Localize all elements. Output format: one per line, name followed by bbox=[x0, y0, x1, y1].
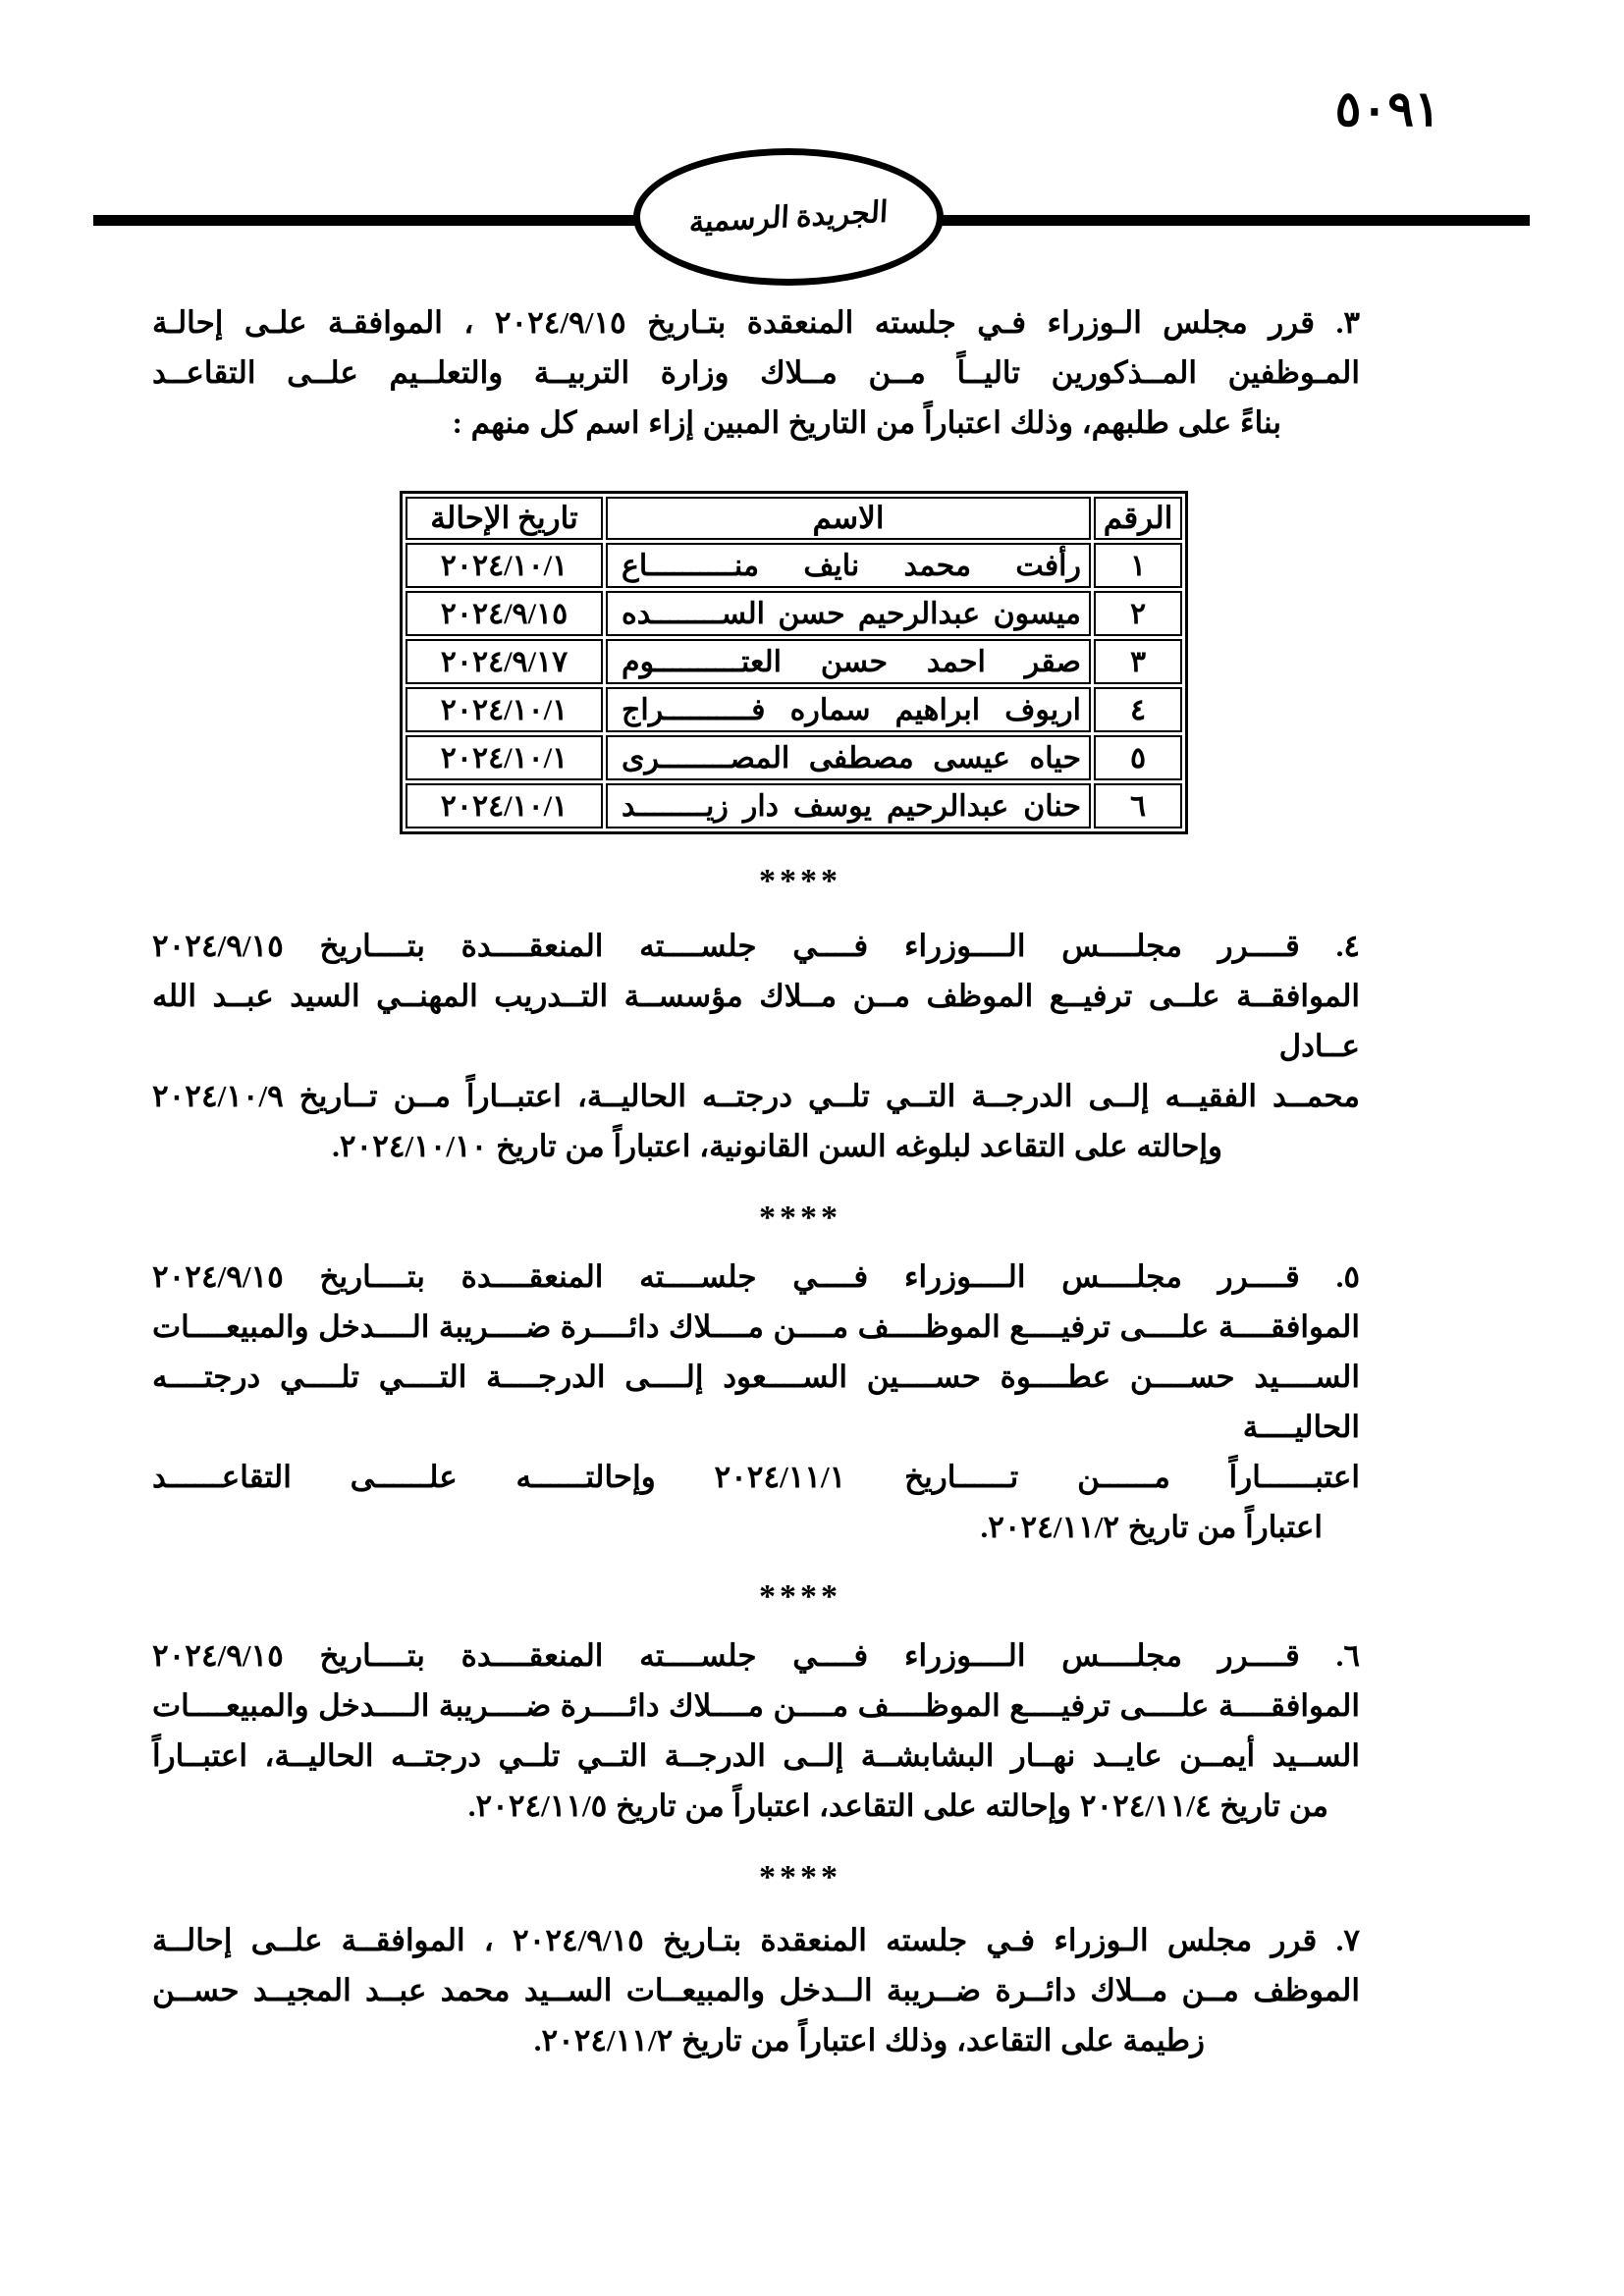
cell-name: حنان عبدالرحيم يوسف دار زيــــــــد bbox=[606, 783, 1091, 828]
item-line: اعتبــــــاراً مــــــن تــــــاريخ ٢٠٢٤… bbox=[152, 1452, 1360, 1502]
table-row: ٢ ميسون عبدالرحيم حسن الســــــــده ٢٠٢٤… bbox=[406, 591, 1182, 636]
cell-referral-date: ٢٠٢٤/١٠/١ bbox=[406, 783, 603, 828]
cell-number: ١ bbox=[1094, 543, 1182, 588]
decree-item-4: ٤. قــــرر مجلــــس الــــوزراء فــــي ج… bbox=[152, 921, 1360, 1171]
table-row: ٣ صقر احمد حسن العتــــــــــوم ٢٠٢٤/٩/١… bbox=[406, 639, 1182, 684]
cell-name: رأفت محمد نايف منــــــــــاع bbox=[606, 543, 1091, 588]
item-line: ٣. قرر مجلس الـوزراء فـي جلسته المنعقدة … bbox=[152, 297, 1360, 347]
cell-number: ٤ bbox=[1094, 687, 1182, 732]
cell-name: صقر احمد حسن العتــــــــــوم bbox=[606, 639, 1091, 684]
table-row: ٥ حياه عيسى مصطفى المصــــــــرى ٢٠٢٤/١٠… bbox=[406, 735, 1182, 780]
item-line: الموظف مــن مــلاك دائــرة ضــريبة الــد… bbox=[152, 1965, 1360, 2015]
item-line: ٤. قــــرر مجلــــس الــــوزراء فــــي ج… bbox=[152, 921, 1360, 971]
cell-name: ميسون عبدالرحيم حسن الســــــــده bbox=[606, 591, 1091, 636]
decree-item-3: ٣. قرر مجلس الـوزراء فـي جلسته المنعقدة … bbox=[152, 297, 1360, 448]
item-line: ٦. قــــرر مجلــــس الــــوزراء فــــي ج… bbox=[152, 1630, 1360, 1681]
cell-name: حياه عيسى مصطفى المصــــــــرى bbox=[606, 735, 1091, 780]
decree-item-7: ٧. قرر مجلس الـوزراء فـي جلسته المنعقدة … bbox=[152, 1915, 1360, 2065]
cell-number: ٦ bbox=[1094, 783, 1182, 828]
item-line: زطيمة على التقاعد، وذلك اعتباراً من تاري… bbox=[152, 2015, 1360, 2065]
header-number: الرقم bbox=[1094, 497, 1182, 540]
item-line: الموافقــــة علــــى ترفيــــع الموظــــ… bbox=[152, 1681, 1360, 1731]
cell-name: اريوف ابراهيم سماره فــــــــــراج bbox=[606, 687, 1091, 732]
masthead-title: الجريدة الرسمية bbox=[688, 194, 889, 240]
cell-referral-date: ٢٠٢٤/١٠/١ bbox=[406, 543, 603, 588]
table-row: ١ رأفت محمد نايف منــــــــــاع ٢٠٢٤/١٠/… bbox=[406, 543, 1182, 588]
stars-separator: **** bbox=[152, 1199, 1360, 1238]
item-line: الســــيد حســــن عطــــوة حســــين السـ… bbox=[152, 1352, 1360, 1452]
cell-referral-date: ٢٠٢٤/١٠/١ bbox=[406, 735, 603, 780]
table-row: ٤ اريوف ابراهيم سماره فــــــــــراج ٢٠٢… bbox=[406, 687, 1182, 732]
item-line: الموافقــــة علــــى ترفيــــع الموظــــ… bbox=[152, 1302, 1360, 1352]
retirees-table: الرقم الاسم تاريخ الإحالة ١ رأفت محمد نا… bbox=[400, 491, 1188, 834]
decree-item-5: ٥. قــــرر مجلــــس الــــوزراء فــــي ج… bbox=[152, 1252, 1360, 1552]
stars-separator: **** bbox=[152, 1577, 1360, 1617]
cell-number: ٣ bbox=[1094, 639, 1182, 684]
item-line: وإحالته على التقاعد لبلوغه السن القانوني… bbox=[152, 1121, 1360, 1171]
item-line: المـوظفين المــذكورين تاليــاً مــن مــل… bbox=[152, 347, 1360, 398]
page-number: ٥٠٩١ bbox=[1335, 84, 1440, 133]
header-name: الاسم bbox=[606, 497, 1091, 540]
item-line: الموافقــة علــى ترفيــع الموظف مــن مــ… bbox=[152, 971, 1360, 1071]
table-row: ٦ حنان عبدالرحيم يوسف دار زيــــــــد ٢٠… bbox=[406, 783, 1182, 828]
item-line: الســيد أيمــن عايــد نهــار البشابشــة … bbox=[152, 1731, 1360, 1781]
item-line: اعتباراً من تاريخ ٢٠٢٤/١١/٢. bbox=[152, 1502, 1360, 1552]
cell-number: ٥ bbox=[1094, 735, 1182, 780]
header-referral-date: تاريخ الإحالة bbox=[406, 497, 603, 540]
item-line: ٧. قرر مجلس الـوزراء فـي جلسته المنعقدة … bbox=[152, 1915, 1360, 1965]
item-line: محمــد الفقيــه إلــى الدرجــة التــي تل… bbox=[152, 1071, 1360, 1121]
item-line: بناءً على طلبهم، وذلك اعتباراً من التاري… bbox=[152, 398, 1360, 448]
cell-referral-date: ٢٠٢٤/٩/١٧ bbox=[406, 639, 603, 684]
decree-item-6: ٦. قــــرر مجلــــس الــــوزراء فــــي ج… bbox=[152, 1630, 1360, 1831]
stars-separator: **** bbox=[152, 862, 1360, 901]
item-line: ٥. قــــرر مجلــــس الــــوزراء فــــي ج… bbox=[152, 1252, 1360, 1302]
cell-number: ٢ bbox=[1094, 591, 1182, 636]
cell-referral-date: ٢٠٢٤/١٠/١ bbox=[406, 687, 603, 732]
content: ٣. قرر مجلس الـوزراء فـي جلسته المنعقدة … bbox=[152, 297, 1360, 2065]
cell-referral-date: ٢٠٢٤/٩/١٥ bbox=[406, 591, 603, 636]
item-line: من تاريخ ٢٠٢٤/١١/٤ وإحالته على التقاعد، … bbox=[152, 1781, 1360, 1831]
masthead-ellipse: الجريدة الرسمية bbox=[633, 148, 944, 286]
table-header-row: الرقم الاسم تاريخ الإحالة bbox=[406, 497, 1182, 540]
stars-separator: **** bbox=[152, 1858, 1360, 1897]
